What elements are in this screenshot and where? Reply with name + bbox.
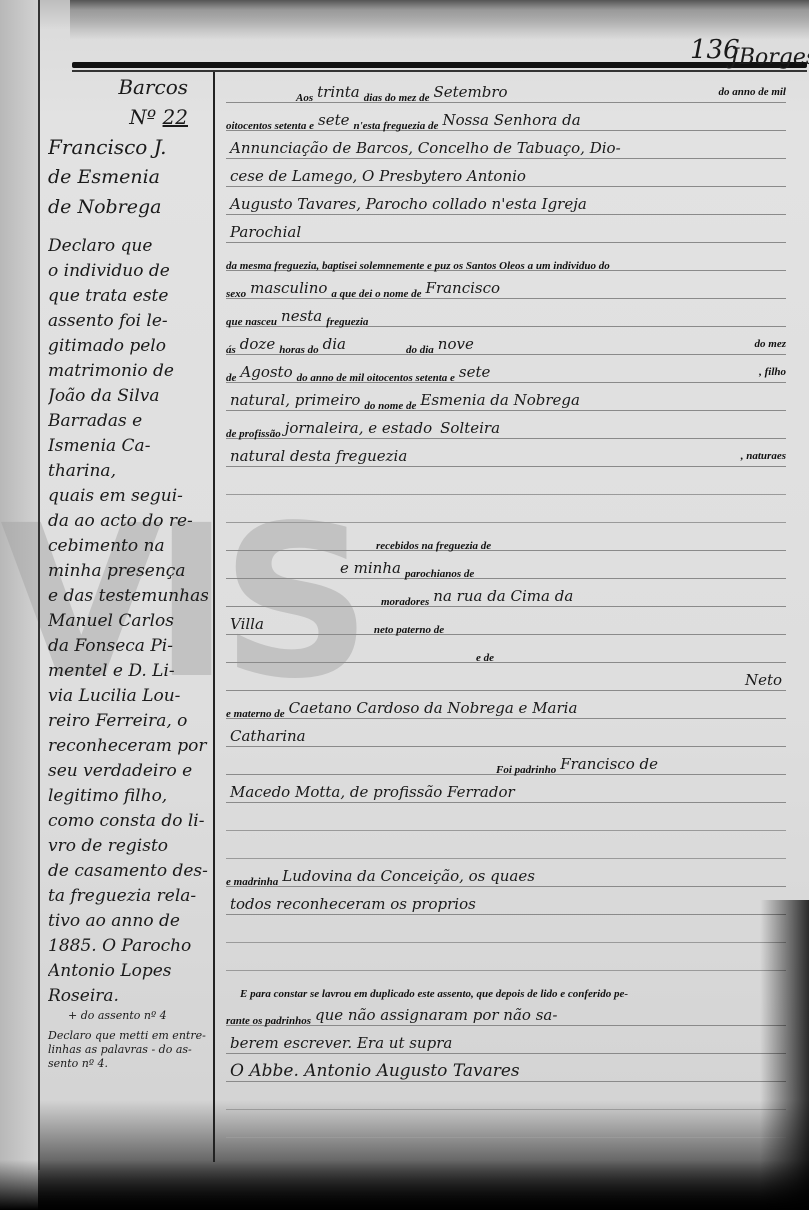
printed-text: de xyxy=(226,372,236,384)
margin-entry-number: Nº 22 xyxy=(48,102,208,132)
church-field: Parochial xyxy=(230,223,301,241)
entry-line-23: Foi padrinhoFrancisco de xyxy=(226,752,786,775)
godmother-field: Ludovina da Conceição, os quaes xyxy=(282,867,535,885)
entry-line-3: Annunciação de Barcos, Concelho de Tabua… xyxy=(226,136,786,159)
margin-note-line: seu verdadeiro e xyxy=(48,759,208,784)
margin-note-line: mentel e D. Li- xyxy=(48,659,208,684)
margin-note-line: Antonio Lopes xyxy=(48,959,208,984)
printed-text: e de xyxy=(476,652,494,664)
residence-field-cont: Villa xyxy=(230,615,264,633)
margin-child-name: Francisco J. xyxy=(48,132,208,162)
margin-note-line: Manuel Carlos xyxy=(48,609,208,634)
margin-note-line: matrimonio de xyxy=(48,359,208,384)
entry-line-25: e madrinhaLudovina da Conceição, os quae… xyxy=(226,864,786,887)
printed-text: recebidos na freguezia de xyxy=(376,540,491,552)
mother-name-field: Esmenia da Nobrega xyxy=(420,391,580,409)
printed-text: e materno de xyxy=(226,708,285,720)
hour-field: doze xyxy=(240,335,275,353)
printed-text: Foi padrinho xyxy=(496,764,556,776)
blank-line xyxy=(226,836,786,859)
entry-line-24: Macedo Motta, de profissão Ferrador xyxy=(226,780,786,803)
marital-status-field: Solteira xyxy=(440,419,500,437)
parish-field: Nossa Senhora da xyxy=(442,111,580,129)
margin-note-line: via Lucilia Lou- xyxy=(48,684,208,709)
entry-line-8: sexomasculinoa que dei o nome deFrancisc… xyxy=(226,276,786,299)
godfather-field-cont: Macedo Motta, de profissão Ferrador xyxy=(230,783,515,801)
occupation-field: jornaleira, e estado xyxy=(285,419,432,437)
margin-note-line: Roseira. xyxy=(48,984,208,1009)
mother-origin-field: natural desta freguezia xyxy=(230,447,407,465)
margin-note-line: da ao acto do re- xyxy=(48,509,208,534)
birth-month-field: Agosto xyxy=(240,363,292,381)
margin-note-line: minha presença xyxy=(48,559,208,584)
margin-note-line: que trata este xyxy=(48,284,208,309)
blank-line xyxy=(226,948,786,971)
margin-note-line: João da Silva xyxy=(48,384,208,409)
margin-note-line: gitimado pelo xyxy=(48,334,208,359)
margin-note-line: da Fonseca Pi- xyxy=(48,634,208,659)
margin-mother-2: de Nobrega xyxy=(48,192,208,222)
margin-footnote: Declaro que metti em entre-linhas as pal… xyxy=(48,1029,208,1071)
filiation-field: natural, primeiro xyxy=(230,391,360,409)
birth-day-field: nove xyxy=(438,335,474,353)
birth-year-field: sete xyxy=(459,363,490,381)
closing-line-3: berem escrever. Era ut supra xyxy=(226,1031,786,1054)
blank-line xyxy=(226,500,786,523)
margin-border-line xyxy=(38,0,40,1170)
signature-note-field: que não assignaram por não sa- xyxy=(315,1006,557,1024)
printed-text: ás xyxy=(226,344,236,356)
margin-note-line: assento foi le- xyxy=(48,309,208,334)
printed-text: e madrinha xyxy=(226,876,278,888)
margin-note-line: tharina, xyxy=(48,459,208,484)
entry-line-1: Aostrintadias do mez deSetembrodo anno d… xyxy=(226,80,786,103)
blank-line xyxy=(226,920,786,943)
entry-line-15: recebidos na freguezia de xyxy=(226,528,786,551)
printed-text: rante os padrinhos xyxy=(226,1015,311,1027)
margin-note-line: reiro Ferreira, o xyxy=(48,709,208,734)
printed-text: , filho xyxy=(759,366,786,378)
printed-text: do anno de mil oitocentos setenta e xyxy=(297,372,455,384)
footnote-line: linhas as palavras - do as- xyxy=(48,1043,208,1057)
parish-field-cont: Annunciação de Barcos, Concelho de Tabua… xyxy=(230,139,621,157)
baptism-entry: Aostrintadias do mez deSetembrodo anno d… xyxy=(226,80,786,1143)
priest-field: cese de Lamego, O Presbytero Antonio xyxy=(230,167,526,185)
grandchild-field: Neto xyxy=(745,671,782,689)
printed-text: , naturaes xyxy=(741,450,786,462)
entry-line-16: e minhaparochianos de xyxy=(226,556,786,579)
margin-note-line: Ismenia Ca- xyxy=(48,434,208,459)
page-shadow-bottom xyxy=(0,1160,809,1210)
margin-note-line: tivo ao anno de xyxy=(48,909,208,934)
entry-line-22: Catharina xyxy=(226,724,786,747)
entry-line-14: natural desta freguezia, naturaes xyxy=(226,444,786,467)
folio-signature: JBorges xyxy=(730,45,809,70)
margin-note-line: e das testemunhas xyxy=(48,584,208,609)
residence-field: na rua da Cima da xyxy=(433,587,573,605)
margin-note-line: como consta do li- xyxy=(48,809,208,834)
printed-text: de profissão xyxy=(226,428,281,440)
register-page: VIS 136 JBorges Barcos Nº 22 Francisco J… xyxy=(0,0,809,1210)
printed-text: sexo xyxy=(226,288,246,300)
entry-line-12: natural, primeirodo nome deEsmenia da No… xyxy=(226,388,786,411)
printed-text: n'esta freguezia de xyxy=(353,120,438,132)
entry-line-9: que nasceunestafreguezia xyxy=(226,304,786,327)
godfather-field: Francisco de xyxy=(560,755,658,773)
column-divider xyxy=(213,72,215,1162)
margin-parish: Barcos xyxy=(48,72,208,102)
entry-line-13: de profissãojornaleira, e estadoSolteira xyxy=(226,416,786,439)
closing-line-1: E para constar se lavrou em duplicado es… xyxy=(226,976,786,998)
margin-note-line: cebimento na xyxy=(48,534,208,559)
margin-column: Barcos Nº 22 Francisco J. de Esmenia de … xyxy=(48,72,208,1071)
blank-line xyxy=(226,808,786,831)
printed-text: moradores xyxy=(381,596,429,608)
entry-line-19: e de xyxy=(226,640,786,663)
entry-line-18: Villaneto paterno de xyxy=(226,612,786,635)
entry-line-10: ásdozehoras dodiado dianovedo mez xyxy=(226,332,786,355)
printed-text: que nasceu xyxy=(226,316,277,328)
margin-note-line: de casamento des- xyxy=(48,859,208,884)
entry-line-17: moradoresna rua da Cima da xyxy=(226,584,786,607)
margin-note-line: Barradas e xyxy=(48,409,208,434)
blank-line xyxy=(226,1087,786,1110)
printed-text: parochianos de xyxy=(405,568,474,580)
entry-line-11: deAgostodo anno de mil oitocentos setent… xyxy=(226,360,786,383)
entry-line-4: cese de Lamego, O Presbytero Antonio xyxy=(226,164,786,187)
entry-line-21: e materno deCaetano Cardoso da Nobrega e… xyxy=(226,696,786,719)
margin-note-line: reconheceram por xyxy=(48,734,208,759)
priest-signature: O Abbe. Antonio Augusto Tavares xyxy=(230,1061,520,1081)
entry-line-7: da mesma freguezia, baptisei solemnement… xyxy=(226,248,786,271)
margin-note-line: Declaro que xyxy=(48,234,208,259)
entry-line-20: Neto xyxy=(226,668,786,691)
top-shadow xyxy=(70,0,809,40)
blank-line xyxy=(226,472,786,495)
printed-text: horas do xyxy=(279,344,318,356)
margin-note-line: quais em segui- xyxy=(48,484,208,509)
entry-number: 22 xyxy=(163,105,188,129)
printed-text: do nome de xyxy=(364,400,416,412)
entry-line-26: todos reconheceram os proprios xyxy=(226,892,786,915)
printed-text: do mez xyxy=(755,338,786,350)
legitimation-note: Declaro queo individuo deque trata estea… xyxy=(48,234,208,1009)
adjacent-page-edge xyxy=(0,0,38,1210)
printed-text: freguezia xyxy=(326,316,368,328)
printed-text: a que dei o nome de xyxy=(331,288,421,300)
margin-note-line: vro de registo xyxy=(48,834,208,859)
blank-line xyxy=(226,1115,786,1138)
priest-field-cont: Augusto Tavares, Parocho collado n'esta … xyxy=(230,195,587,213)
printed-text: Aos xyxy=(296,92,313,104)
entry-line-5: Augusto Tavares, Parocho collado n'esta … xyxy=(226,192,786,215)
printed-text: oitocentos setenta e xyxy=(226,120,314,132)
parishioners-field: e minha xyxy=(340,559,401,577)
printed-text: do anno de mil xyxy=(718,86,786,98)
entry-line-6: Parochial xyxy=(226,220,786,243)
child-name-field: Francisco xyxy=(426,279,501,297)
godmother-field-cont: todos reconheceram os proprios xyxy=(230,895,476,913)
year-field: sete xyxy=(318,111,349,129)
signature-note-cont: berem escrever. Era ut supra xyxy=(230,1034,452,1052)
day-field: trinta xyxy=(317,83,360,101)
printed-text: do dia xyxy=(406,344,434,356)
footnote-line: Declaro que metti em entre- xyxy=(48,1029,208,1043)
margin-note-line: 1885. O Parocho xyxy=(48,934,208,959)
printed-text: neto paterno de xyxy=(374,624,444,636)
printed-text: dias do mez de xyxy=(364,92,430,104)
maternal-grandparents-field: Caetano Cardoso da Nobrega e Maria xyxy=(289,699,578,717)
printed-text: da mesma freguezia, baptisei solemnement… xyxy=(226,260,610,272)
printed-text: E para constar se lavrou em duplicado es… xyxy=(240,988,628,1000)
birthplace-field: nesta xyxy=(281,307,322,325)
signature-line: O Abbe. Antonio Augusto Tavares xyxy=(226,1059,786,1082)
interlinear-note: + do assento nº 4 xyxy=(48,1009,208,1023)
sex-field: masculino xyxy=(250,279,327,297)
month-field: Setembro xyxy=(433,83,507,101)
footnote-line: sento nº 4. xyxy=(48,1057,208,1071)
closing-line-2: rante os padrinhosque não assignaram por… xyxy=(226,1003,786,1026)
margin-note-line: legitimo filho, xyxy=(48,784,208,809)
entry-line-2: oitocentos setenta eseten'esta freguezia… xyxy=(226,108,786,131)
margin-note-line: o individuo de xyxy=(48,259,208,284)
margin-note-line: ta freguezia rela- xyxy=(48,884,208,909)
maternal-grandmother-field: Catharina xyxy=(230,727,306,745)
margin-mother-1: de Esmenia xyxy=(48,162,208,192)
number-label: Nº xyxy=(129,105,156,129)
period-field: dia xyxy=(323,335,346,353)
